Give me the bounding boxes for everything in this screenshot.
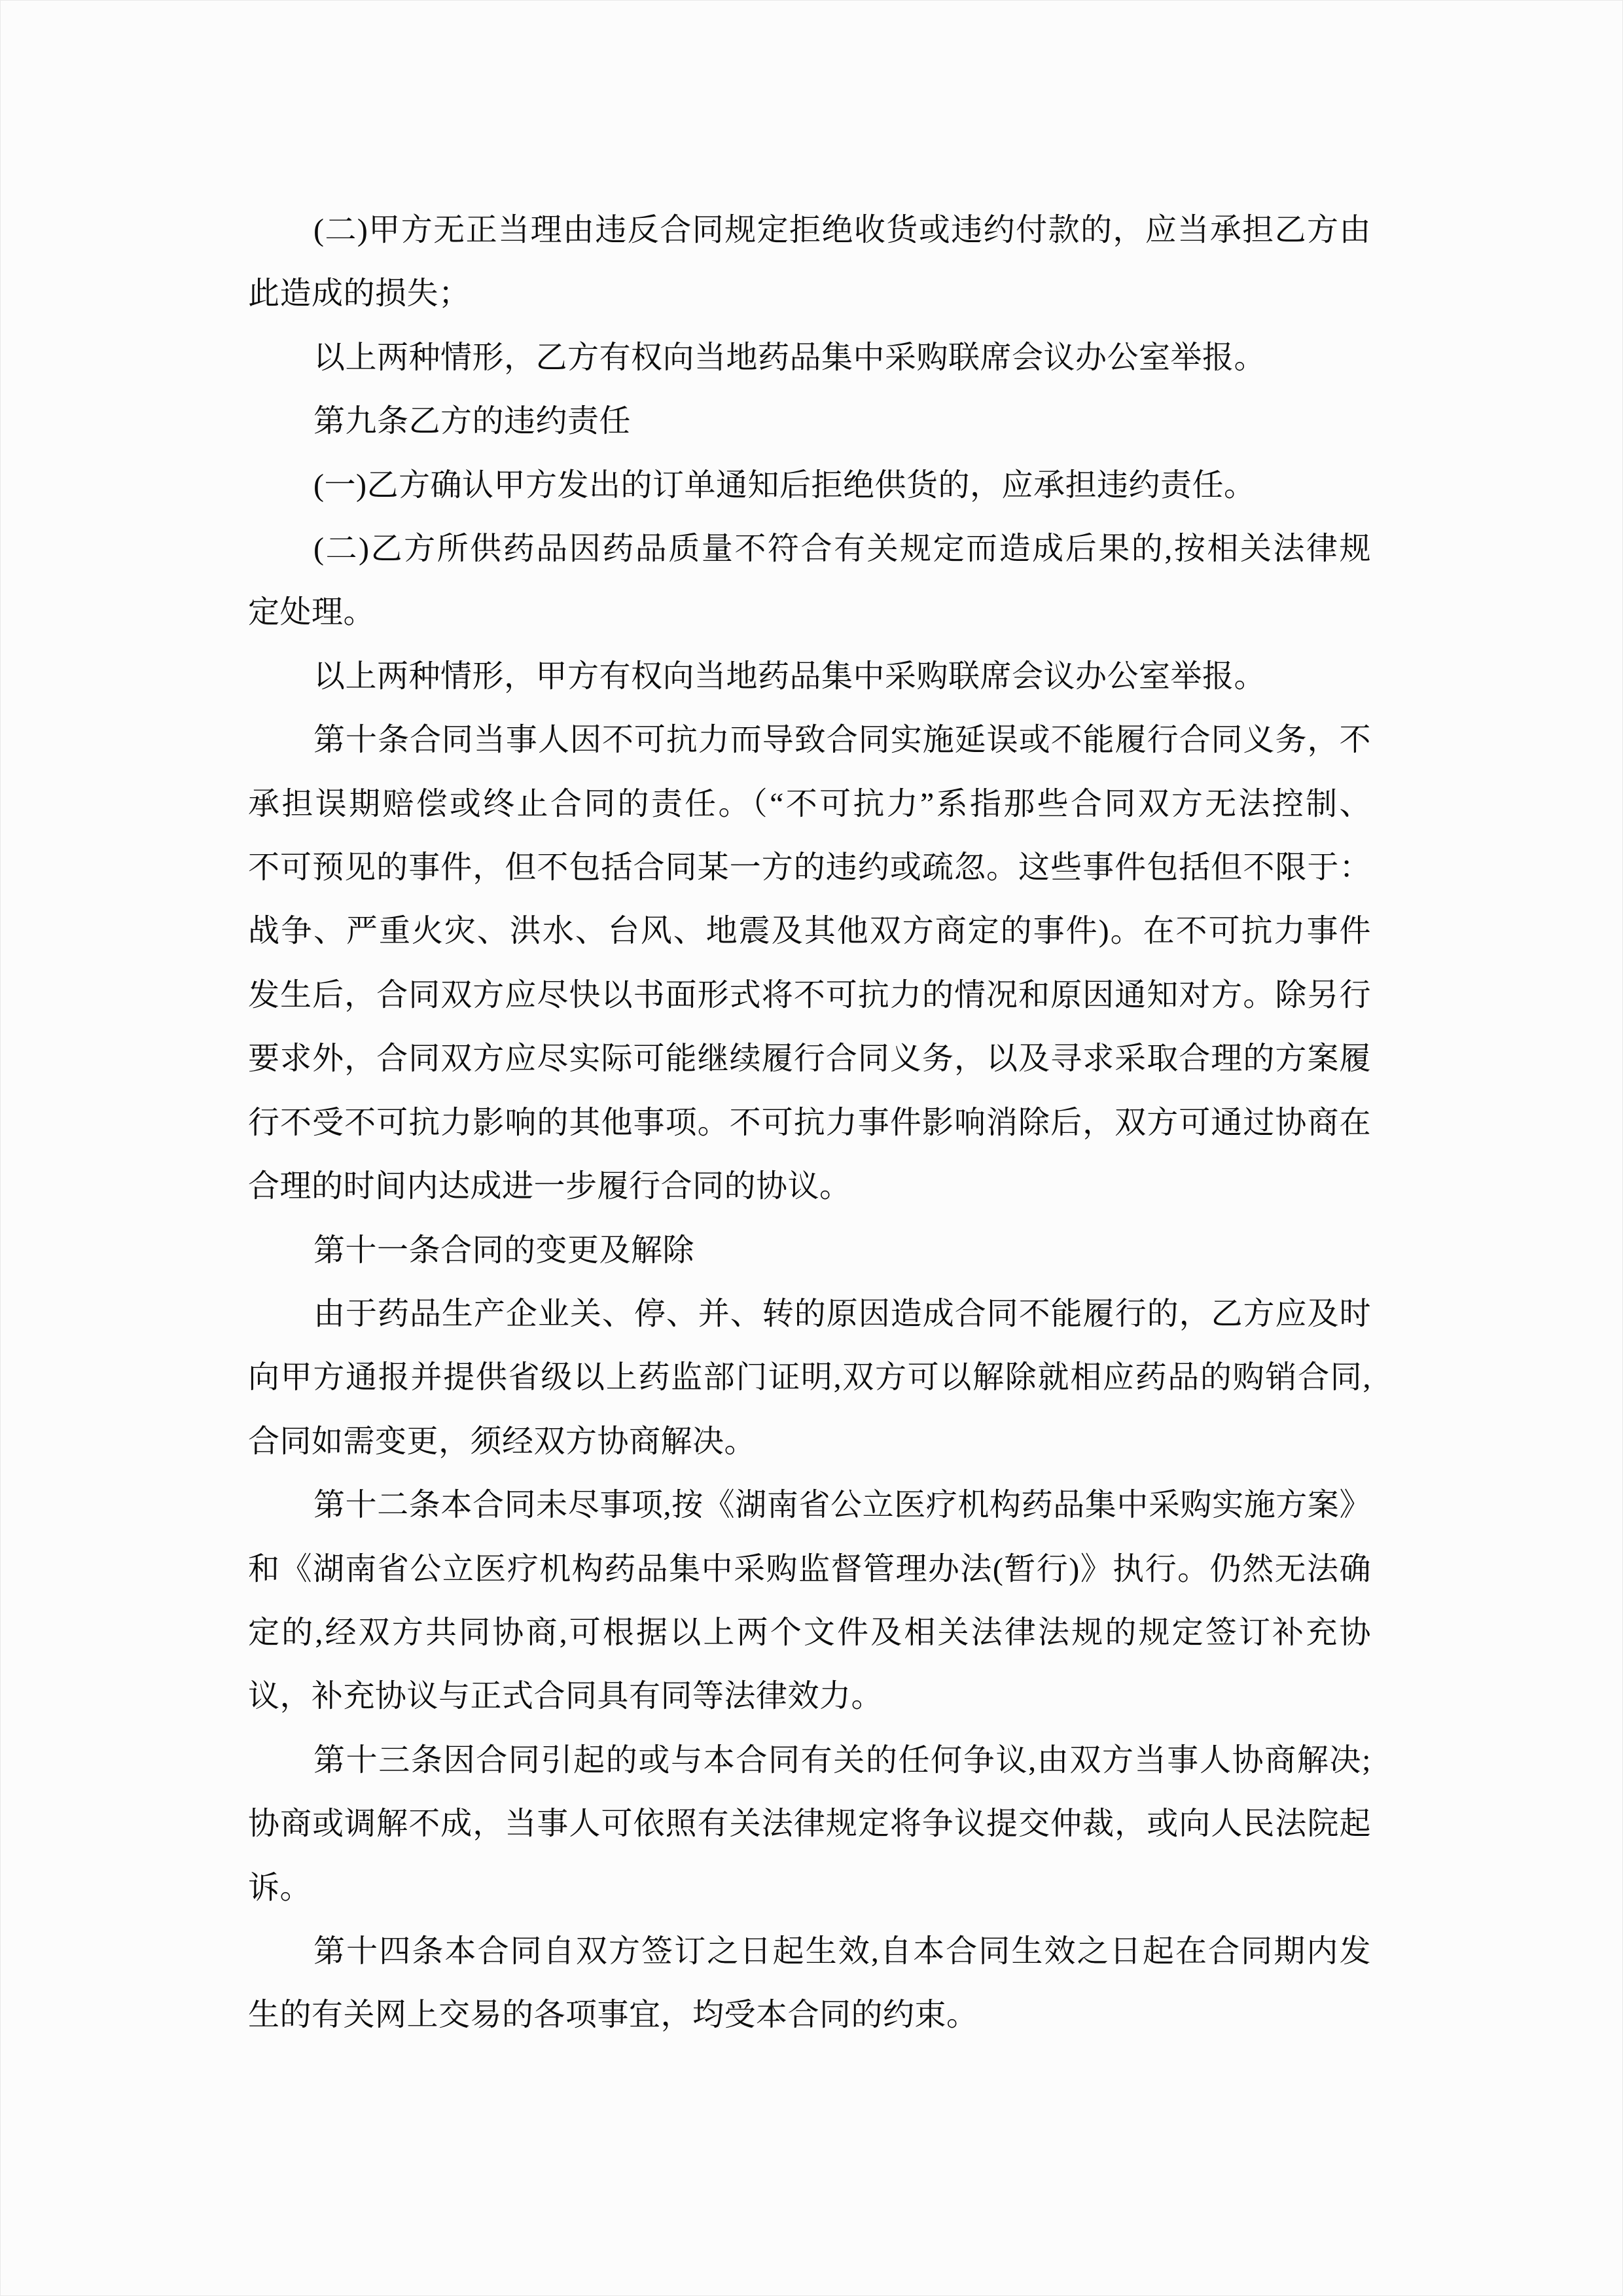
contract-text-line: 向甲方通报并提供省级以上药监部门证明,双方可以解除就相应药品的购销合同,: [248, 1346, 1371, 1409]
contract-text-line: (一)乙方确认甲方发出的订单通知后拒绝供货的，应承担违约责任。: [248, 454, 1371, 517]
contract-text-line: 和《湖南省公立医疗机构药品集中采购监督管理办法(暂行)》执行。仍然无法确: [248, 1537, 1371, 1601]
contract-text-line: 以上两种情形，甲方有权向当地药品集中采购联席会议办公室举报。: [248, 645, 1371, 708]
contract-text-line: 此造成的损失；: [248, 262, 1371, 325]
contract-text-line: 第十二条本合同未尽事项,按《湖南省公立医疗机构药品集中采购实施方案》: [248, 1473, 1371, 1537]
contract-text-line: 合同如需变更，须经双方协商解决。: [248, 1410, 1371, 1473]
contract-text-line: 以上两种情形，乙方有权向当地药品集中采购联席会议办公室举报。: [248, 326, 1371, 389]
contract-text-line: 第十条合同当事人因不可抗力而导致合同实施延误或不能履行合同义务，不: [248, 708, 1371, 772]
contract-text-line: 生的有关网上交易的各项事宜，均受本合同的约束。: [248, 1983, 1371, 2047]
contract-text-line: 要求外，合同双方应尽实际可能继续履行合同义务，以及寻求采取合理的方案履: [248, 1027, 1371, 1090]
contract-text-line: 由于药品生产企业关、停、并、转的原因造成合同不能履行的，乙方应及时: [248, 1282, 1371, 1346]
contract-text-line: 承担误期赔偿或终止合同的责任。（“不可抗力”系指那些合同双方无法控制、: [248, 772, 1371, 836]
contract-text-line: 第十四条本合同自双方签订之日起生效,自本合同生效之日起在合同期内发: [248, 1920, 1371, 1983]
screenshot-root: { "page": { "kind": "contract-document-p…: [0, 0, 1623, 2296]
contract-text-line: 诉。: [248, 1856, 1371, 1920]
contract-text-line: 第十一条合同的变更及解除: [248, 1219, 1371, 1282]
contract-text-line: 发生后，合同双方应尽快以书面形式将不可抗力的情况和原因通知对方。除另行: [248, 963, 1371, 1027]
contract-text-line: 战争、严重火灾、洪水、台风、地震及其他双方商定的事件)。在不可抗力事件: [248, 899, 1371, 963]
contract-text-line: 行不受不可抗力影响的其他事项。不可抗力事件影响消除后，双方可通过协商在: [248, 1091, 1371, 1155]
contract-text-line: 定处理。: [248, 581, 1371, 644]
contract-text-line: (二)乙方所供药品因药品质量不符合有关规定而造成后果的,按相关法律规: [248, 517, 1371, 581]
contract-text-line: 第十三条因合同引起的或与本合同有关的任何争议,由双方当事人协商解决;: [248, 1729, 1371, 1792]
contract-text-line: 定的,经双方共同协商,可根据以上两个文件及相关法律法规的规定签订补充协: [248, 1601, 1371, 1664]
contract-text-line: 第九条乙方的违约责任: [248, 389, 1371, 453]
contract-text-line: 不可预见的事件，但不包括合同某一方的违约或疏忽。这些事件包括但不限于：: [248, 836, 1371, 899]
contract-text-line: 议，补充协议与正式合同具有同等法律效力。: [248, 1664, 1371, 1728]
contract-page: (二)甲方无正当理由违反合同规定拒绝收货或违约付款的，应当承担乙方由 此造成的损…: [0, 0, 1623, 2296]
contract-text-line: (二)甲方无正当理由违反合同规定拒绝收货或违约付款的，应当承担乙方由: [248, 198, 1371, 262]
contract-text-line: 协商或调解不成，当事人可依照有关法律规定将争议提交仲裁，或向人民法院起: [248, 1792, 1371, 1856]
contract-text-line: 合理的时间内达成进一步履行合同的协议。: [248, 1155, 1371, 1218]
